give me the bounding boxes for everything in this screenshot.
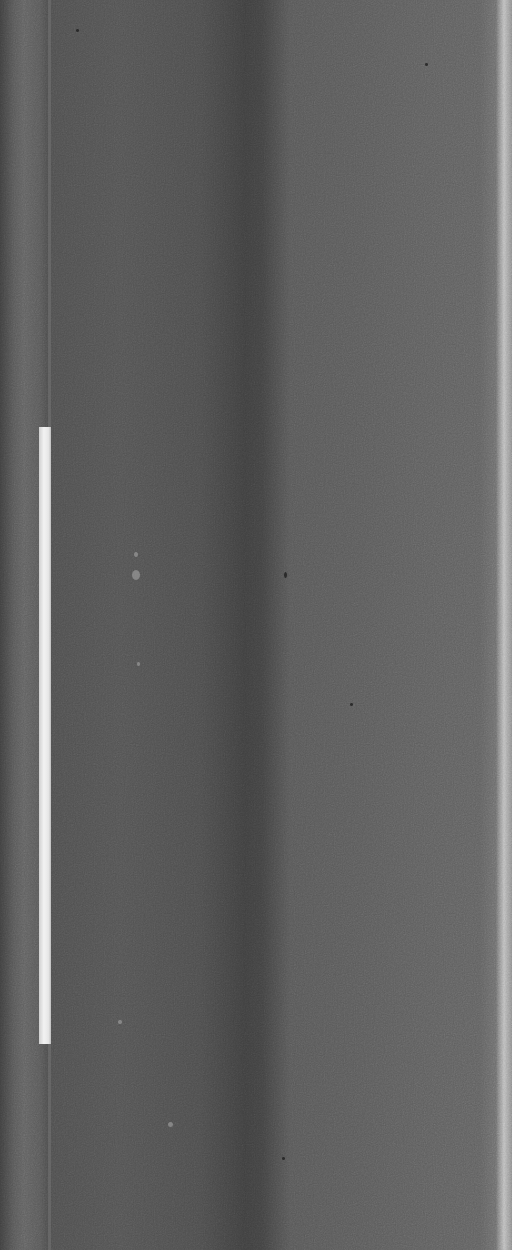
dark-spot: [425, 63, 428, 66]
pebble: [168, 1122, 173, 1127]
pebble: [118, 1020, 122, 1024]
dark-spot: [76, 29, 79, 32]
pebble: [137, 662, 140, 666]
dark-spot: [350, 703, 353, 706]
dark-spot: [282, 1157, 285, 1160]
asphalt-grain: [0, 0, 512, 1250]
pebble: [134, 552, 138, 557]
pebble: [132, 570, 140, 580]
lane-marking: [39, 427, 51, 1044]
dark-spot: [284, 572, 287, 578]
